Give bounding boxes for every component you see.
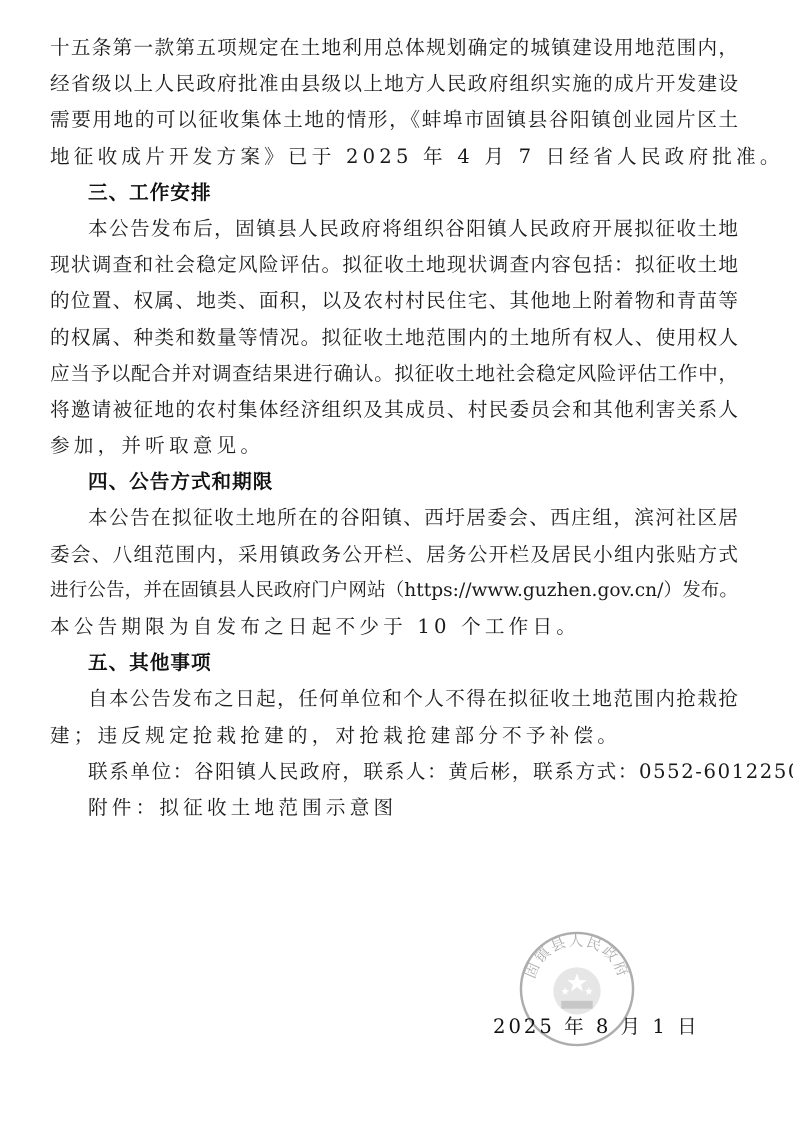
- body-line-with-url: 进行公告，并在固镇县人民政府门户网站（https://www.guzhen.go…: [50, 573, 738, 609]
- body-line: 自本公告发布之日起，任何单位和个人不得在拟征收土地范围内抢栽抢: [50, 681, 738, 717]
- body-line: 本公告在拟征收土地所在的谷阳镇、西圩居委会、西庄组，滨河社区居: [50, 500, 738, 536]
- body-line: 建；违反规定抢栽抢建的，对抢栽抢建部分不予补偿。: [50, 718, 738, 754]
- body-line: 的权属、种类和数量等情况。拟征收土地范围内的土地所有权人、使用权人: [50, 320, 738, 356]
- attachment-line: 附件：拟征收土地范围示意图: [50, 790, 738, 826]
- section-heading-work-arrangement: 三、工作安排: [50, 175, 738, 211]
- body-line: 需要用地的可以征收集体土地的情形，《蚌埠市固镇县谷阳镇创业园片区土: [50, 102, 738, 138]
- body-line: 十五条第一款第五项规定在土地利用总体规划确定的城镇建设用地范围内，: [50, 30, 738, 66]
- section-heading-notice-method: 四、公告方式和期限: [50, 464, 738, 500]
- body-line: 参加，并听取意见。: [50, 428, 738, 464]
- body-line: 地征收成片开发方案》已于 2025 年 4 月 7 日经省人民政府批准。: [50, 139, 738, 175]
- body-line: 应当予以配合并对调查结果进行确认。拟征收土地社会稳定风险评估工作中，: [50, 356, 738, 392]
- body-line: 的位置、权属、地类、面积，以及农村村民住宅、其他地上附着物和青苗等: [50, 283, 738, 319]
- body-line: 本公告发布后，固镇县人民政府将组织谷阳镇人民政府开展拟征收土地: [50, 211, 738, 247]
- body-line: 经省级以上人民政府批准由县级以上地方人民政府组织实施的成片开发建设: [50, 66, 738, 102]
- document-page: 十五条第一款第五项规定在土地利用总体规划确定的城镇建设用地范围内， 经省级以上人…: [50, 30, 738, 826]
- issue-date: 2025 年 8 月 1 日: [493, 1010, 700, 1039]
- body-line: 现状调查和社会稳定风险评估。拟征收土地现状调查内容包括：拟征收土地: [50, 247, 738, 283]
- body-line: 委会、八组范围内，采用镇政务公开栏、居务公开栏及居民小组内张贴方式: [50, 537, 738, 573]
- section-heading-other-matters: 五、其他事项: [50, 645, 738, 681]
- contact-line: 联系单位：谷阳镇人民政府，联系人：黄后彬，联系方式：0552-6012250: [50, 754, 738, 790]
- body-line: 本公告期限为自发布之日起不少于 10 个工作日。: [50, 609, 738, 645]
- body-line: 将邀请被征地的农村集体经济组织及其成员、村民委员会和其他利害关系人: [50, 392, 738, 428]
